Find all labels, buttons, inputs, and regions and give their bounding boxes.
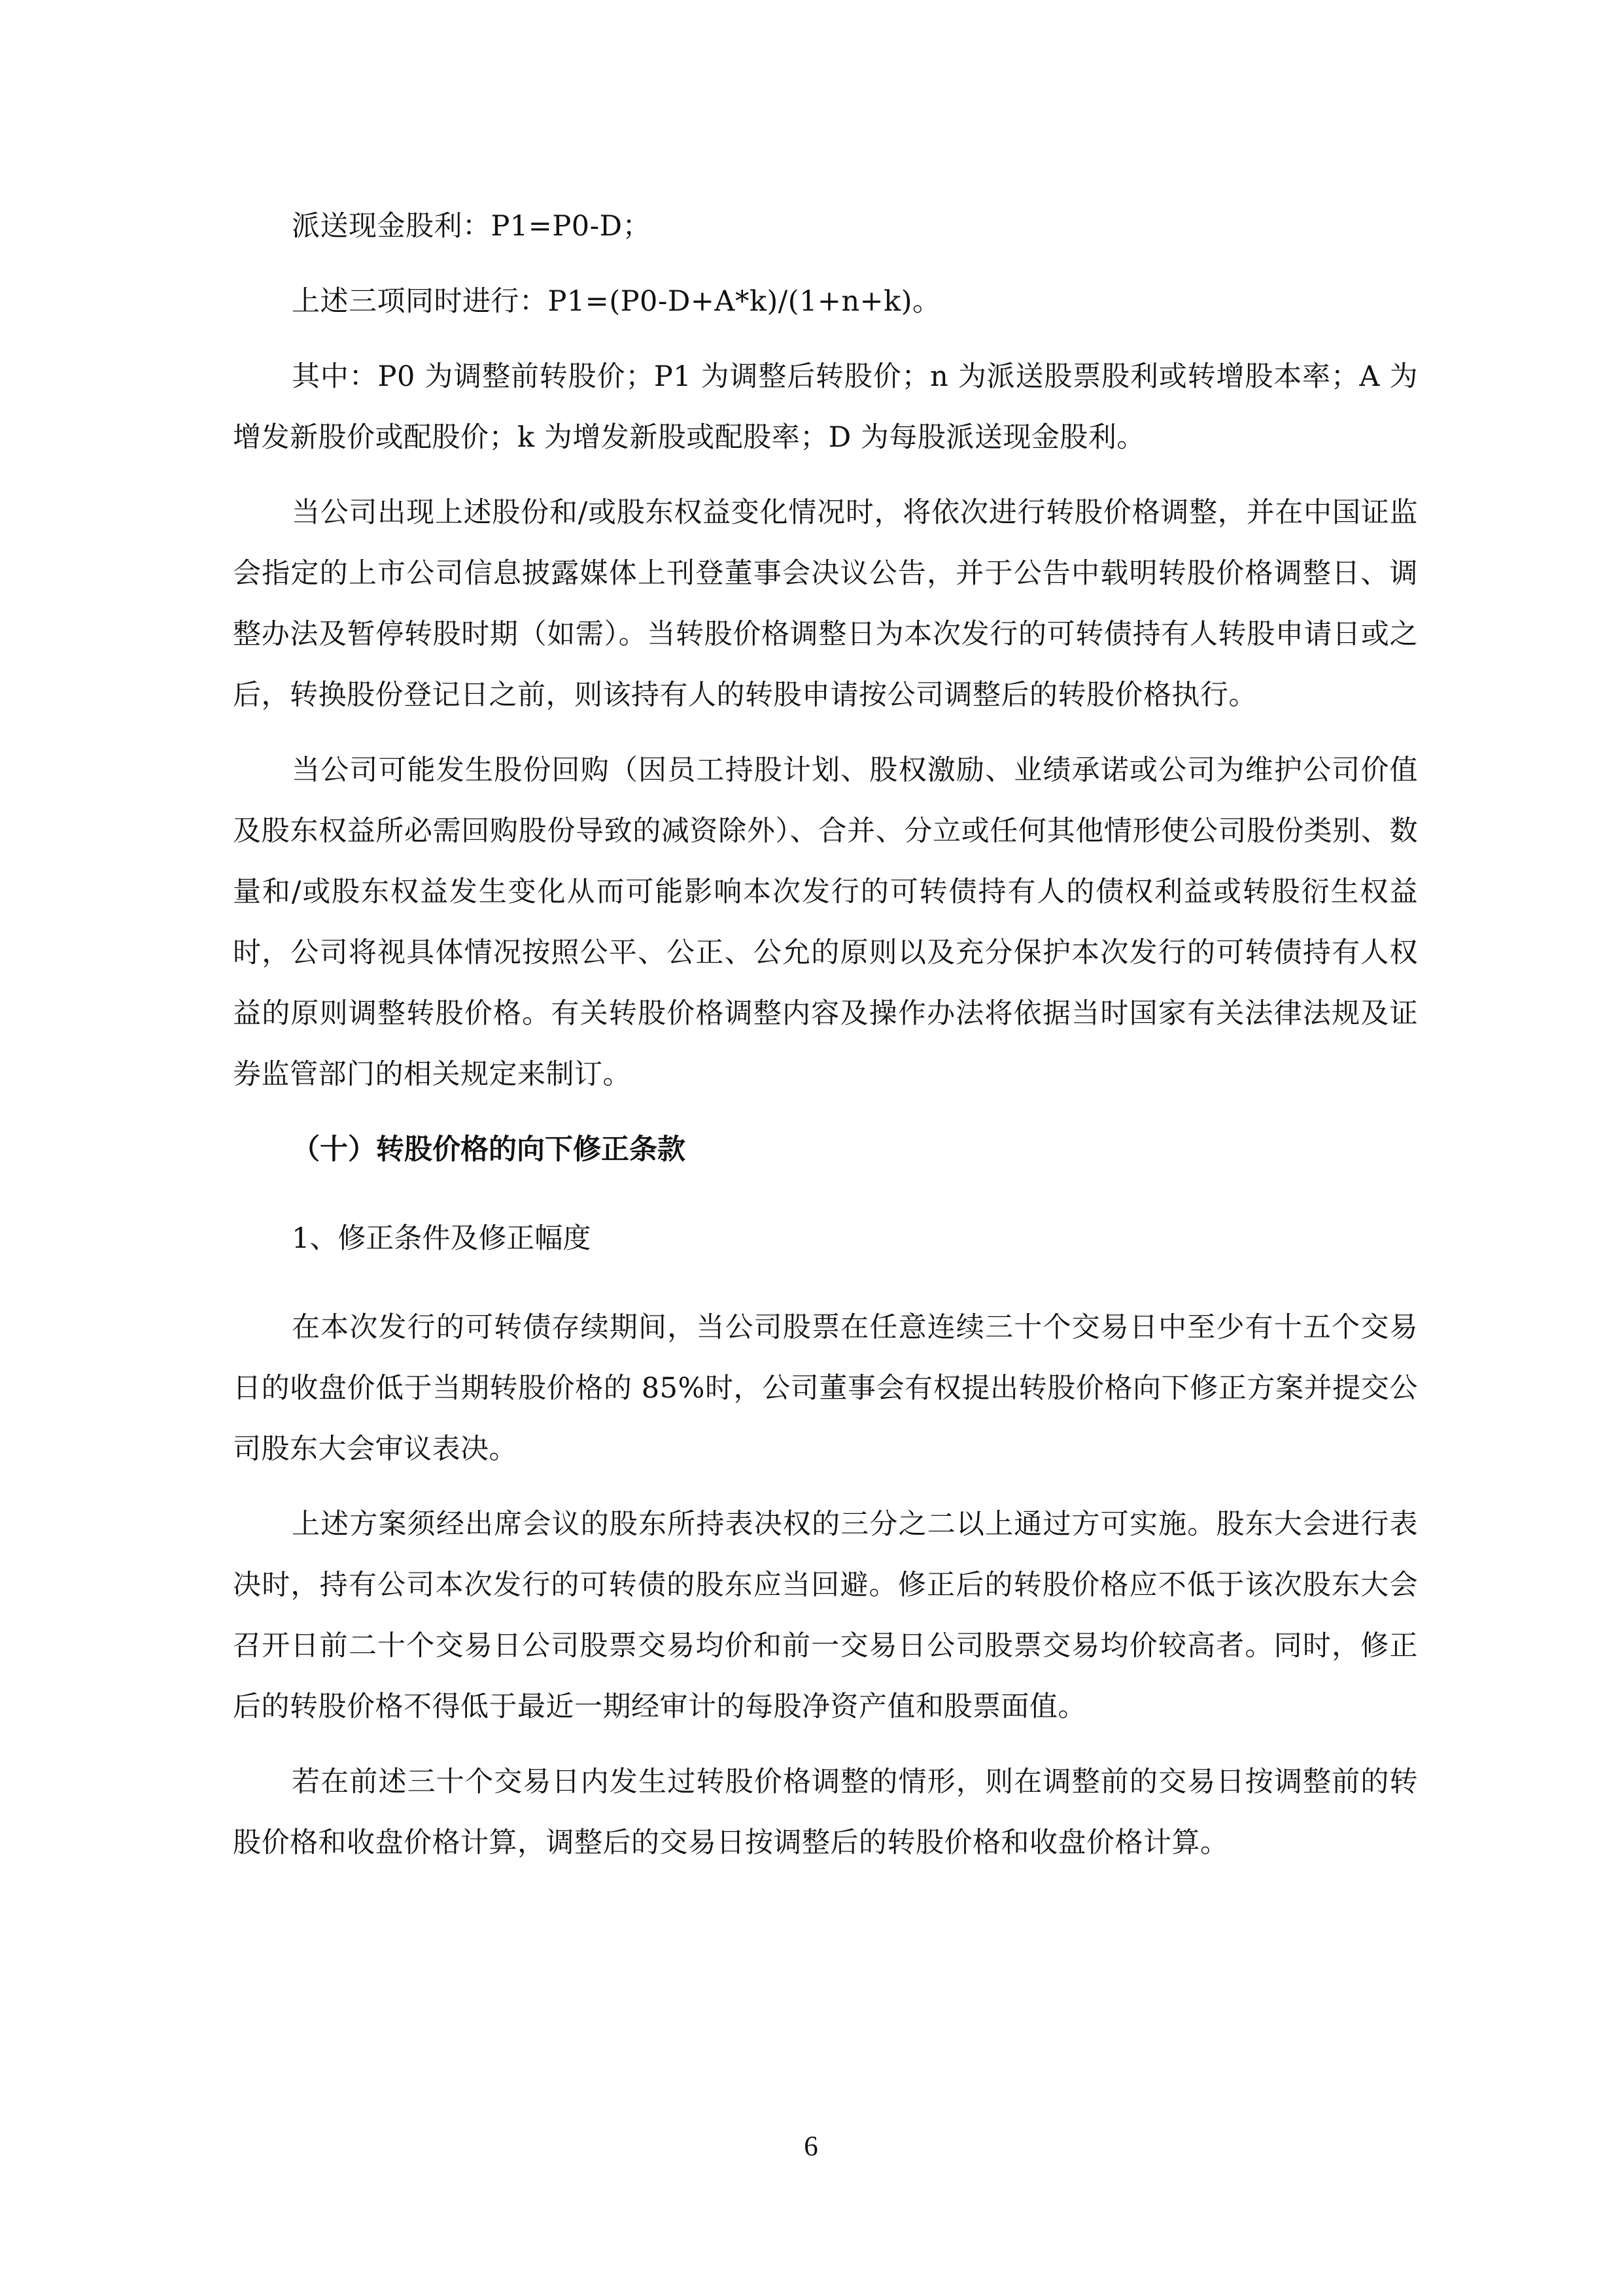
- paragraph-adjustment-announcement: 当公司出现上述股份和/或股东权益变化情况时，将依次进行转股价格调整，并在中国证监…: [233, 483, 1418, 726]
- paragraph-share-repurchase: 当公司可能发生股份回购（因员工持股计划、股权激励、业绩承诺或公司为维护公司价值及…: [233, 740, 1418, 1105]
- formula-cash-dividend: 派送现金股利：P1=P0-D；: [233, 196, 1418, 257]
- paragraph-price-calculation: 若在前述三十个交易日内发生过转股价格调整的情形，则在调整前的交易日按调整前的转股…: [233, 1752, 1418, 1874]
- formula-combined: 上述三项同时进行：P1=(P0-D+A*k)/(1+n+k)。: [233, 271, 1418, 332]
- variable-definitions: 其中：P0 为调整前转股价；P1 为调整后转股价；n 为派送股票股利或转增股本率…: [233, 347, 1418, 468]
- paragraph-approval-requirements: 上述方案须经出席会议的股东所持表决权的三分之二以上通过方可实施。股东大会进行表决…: [233, 1494, 1418, 1738]
- paragraph-revision-trigger: 在本次发行的可转债存续期间，当公司股票在任意连续三十个交易日中至少有十五个交易日…: [233, 1297, 1418, 1480]
- subheading-revision-conditions: 1、修正条件及修正幅度: [233, 1208, 1418, 1269]
- page-number: 6: [0, 2131, 1622, 2163]
- section-heading-downward-revision: （十）转股价格的向下修正条款: [233, 1120, 1418, 1180]
- document-page: 派送现金股利：P1=P0-D； 上述三项同时进行：P1=(P0-D+A*k)/(…: [233, 196, 1418, 1874]
